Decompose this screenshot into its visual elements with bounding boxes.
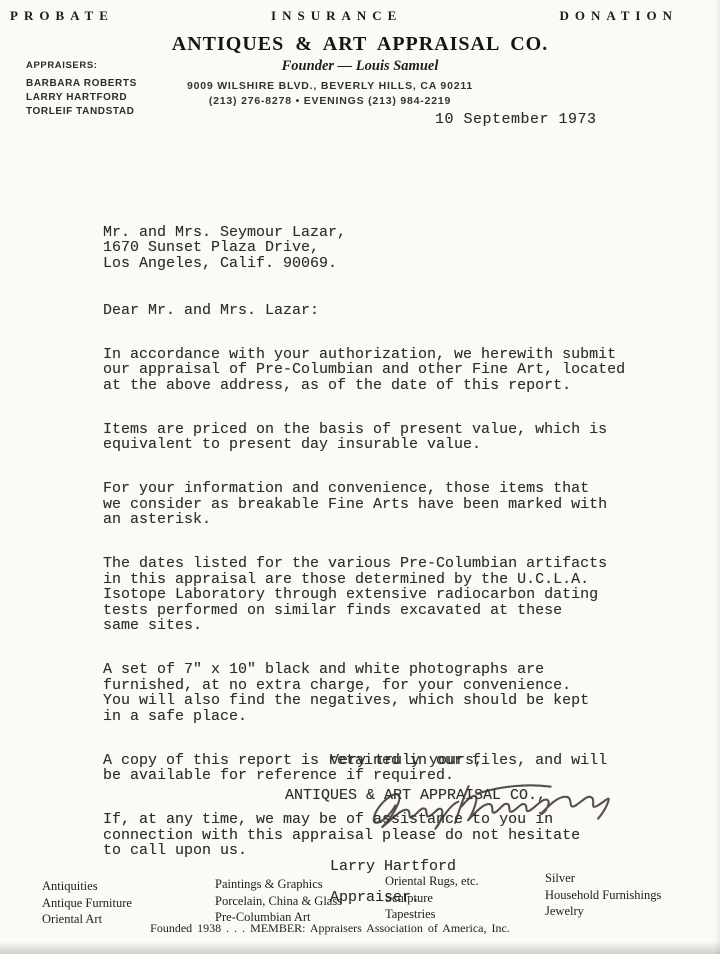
paragraph-5: A set of 7" x 10" black and white photog… [103,662,651,724]
appraisers-heading: APPRAISERS: [26,60,137,71]
appraisers-block: APPRAISERS: BARBARA ROBERTS LARRY HARTFO… [26,60,137,119]
letter-date: 10 September 1973 [435,112,597,128]
footer-specialties-col-2: Paintings & Graphics Porcelain, China & … [215,876,342,926]
company-name: ANTIQUES & ART APPRAISAL CO. [0,33,720,56]
label-probate: PROBATE [10,8,114,24]
label-donation: DONATION [559,8,678,24]
paragraph-2: Items are priced on the basis of present… [103,422,651,453]
paragraph-3: For your information and convenience, th… [103,481,651,528]
recipient-address: Mr. and Mrs. Seymour Lazar, 1670 Sunset … [103,225,651,272]
paragraph-4: The dates listed for the various Pre-Col… [103,556,651,634]
paragraph-1: In accordance with your authorization, w… [103,347,651,394]
appraisers-names: BARBARA ROBERTS LARRY HARTFORD TORLEIF T… [26,77,137,119]
label-insurance: INSURANCE [271,8,402,24]
service-labels-row: PROBATE INSURANCE DONATION [10,8,678,24]
footer-specialties-col-3: Oriental Rugs, etc. Sculpture Tapestries [385,873,479,923]
footer-specialties-col-4: Silver Household Furnishings Jewelry [545,870,661,920]
scanned-letter-page: PROBATE INSURANCE DONATION ANTIQUES & AR… [0,0,720,954]
scan-edge-right [714,0,720,954]
salutation: Dear Mr. and Mrs. Lazar: [103,303,651,319]
founded-member-line: Founded 1938 . . . MEMBER: Appraisers As… [0,921,660,936]
handwritten-signature [360,753,635,839]
scan-edge-bottom [0,941,720,954]
